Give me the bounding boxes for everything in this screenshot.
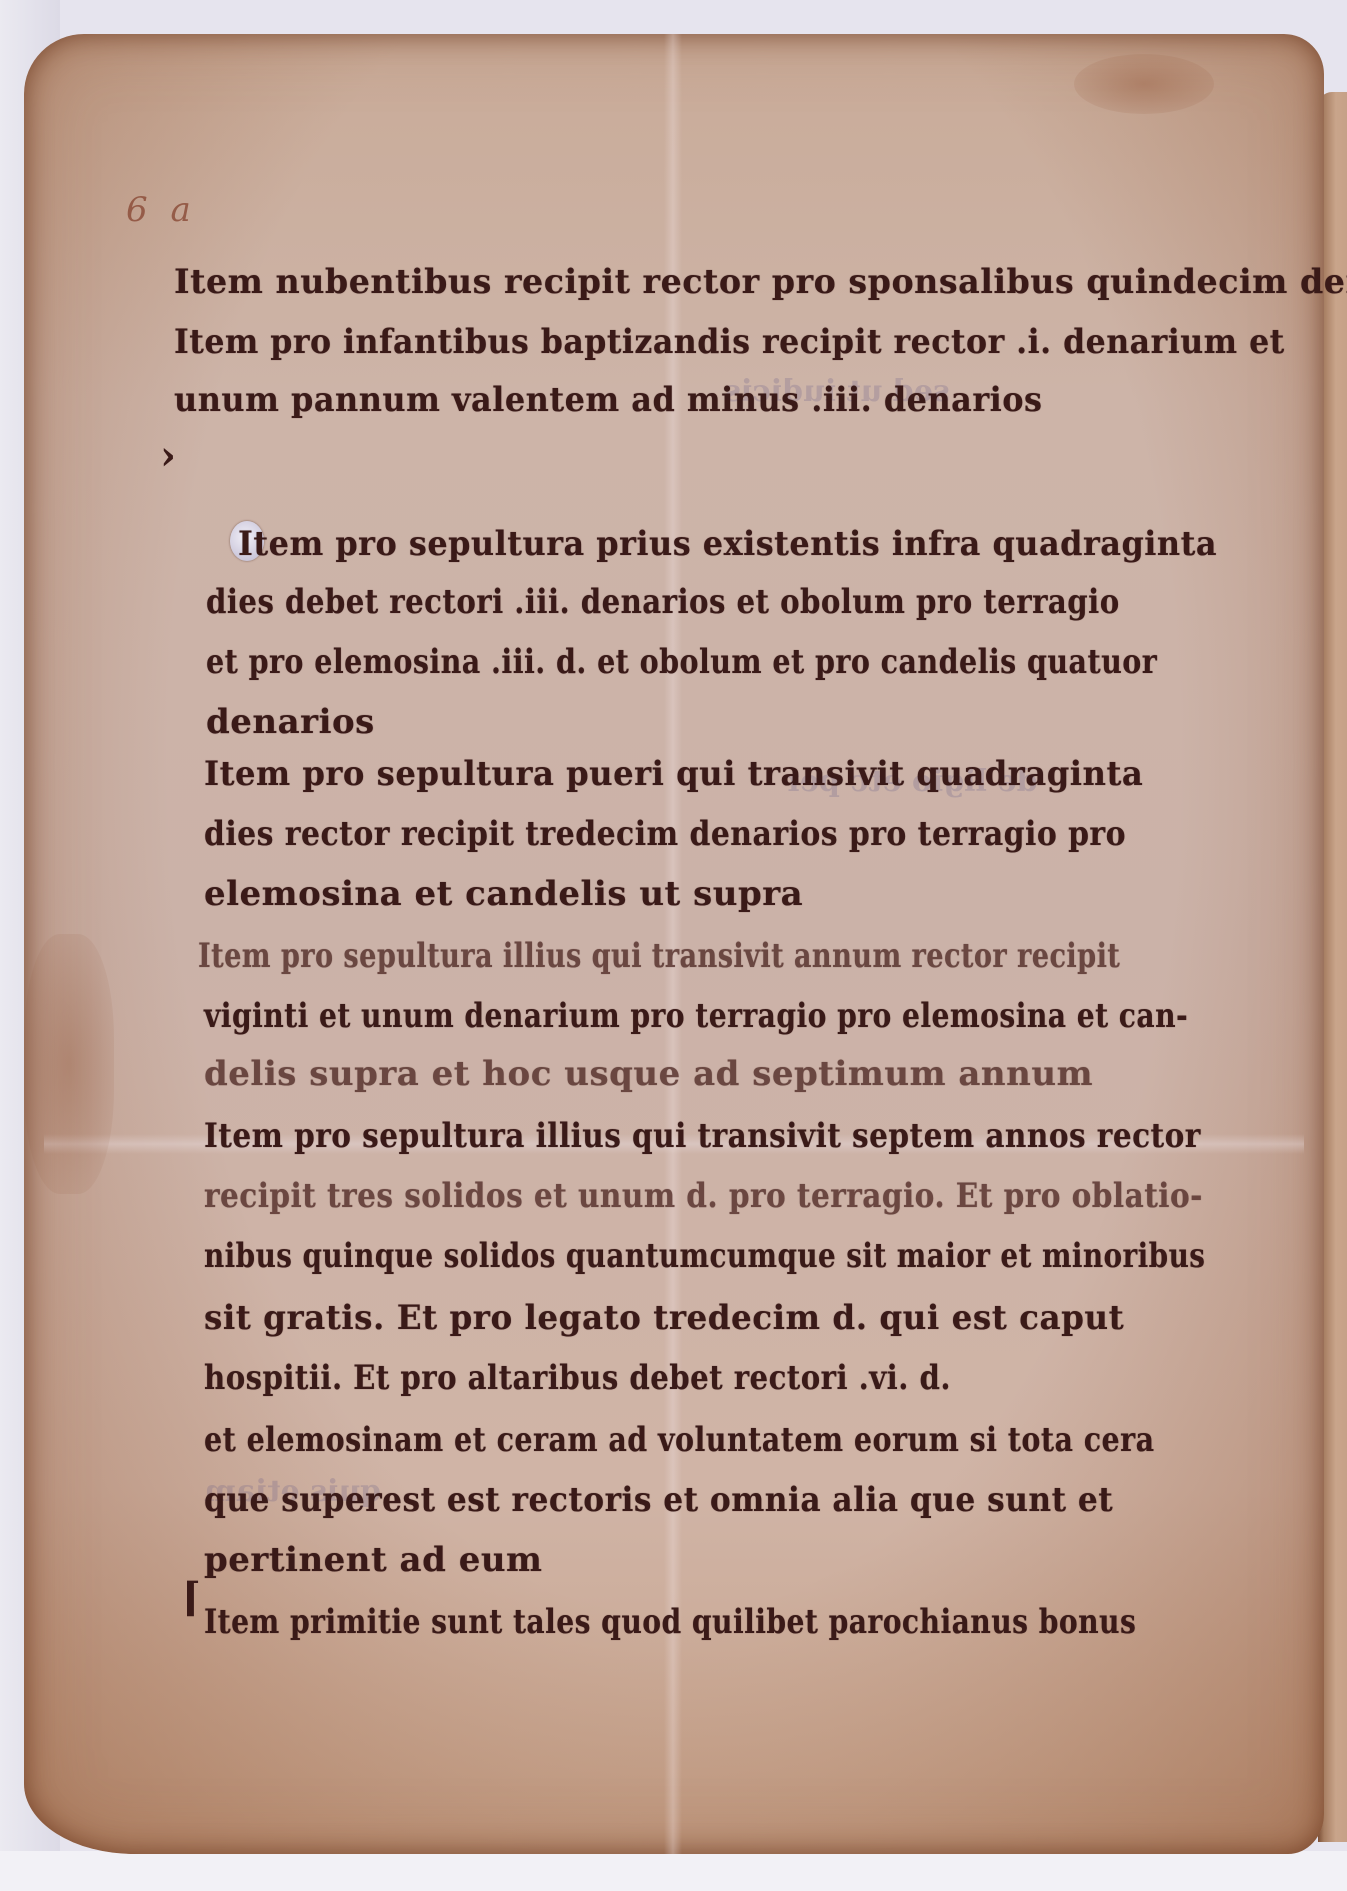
text-line: Item pro sepultura prius existentis infr… — [238, 524, 1217, 564]
folio-number: 6 a — [126, 190, 197, 230]
text-line: delis supra et hoc usque ad septimum ann… — [204, 1054, 1093, 1094]
manuscript-leaf: 6 a sed ut iudicis de ligio etc per quis… — [24, 34, 1324, 1854]
text-line: dies rector recipit tredecim denarios pr… — [204, 814, 1126, 854]
stain-top-right — [1074, 54, 1214, 114]
text-line: recipit tres solidos et unum d. pro terr… — [204, 1176, 1203, 1216]
text-line: viginti et unum denarium pro terragio pr… — [204, 996, 1188, 1036]
text-line: Item nubentibus recipit rector pro spons… — [174, 262, 1347, 302]
background-bottom — [0, 1851, 1347, 1891]
text-line: sit gratis. Et pro legato tredecim d. qu… — [204, 1298, 1124, 1338]
text-line: elemosina et candelis ut supra — [204, 874, 803, 914]
paragraph-mark: › — [160, 432, 176, 479]
text-line: et pro elemosina .iii. d. et obolum et p… — [206, 642, 1157, 682]
text-line: Item pro sepultura pueri qui transivit q… — [204, 754, 1143, 794]
text-line: pertinent ad eum — [204, 1540, 543, 1580]
text-line: Item pro sepultura illius qui transivit … — [198, 936, 1120, 976]
text-line: Item pro infantibus baptizandis recipit … — [174, 322, 1285, 362]
text-line: unum pannum valentem ad minus .iii. dena… — [174, 380, 1043, 420]
paragraph-mark: ⌈ — [182, 1574, 201, 1621]
text-line: Item pro sepultura illius qui transivit … — [204, 1116, 1201, 1156]
text-line: que superest est rectoris et omnia alia … — [204, 1480, 1113, 1520]
text-line: Item primitie sunt tales quod quilibet p… — [204, 1602, 1136, 1642]
text-line: denarios — [206, 702, 375, 742]
text-line: dies debet rectori .iii. denarios et obo… — [206, 582, 1120, 622]
text-line: et elemosinam et ceram ad voluntatem eor… — [204, 1420, 1155, 1460]
stain-left-margin — [24, 934, 114, 1194]
text-line: nibus quinque solidos quantumcumque sit … — [204, 1236, 1205, 1276]
text-line: hospitii. Et pro altaribus debet rectori… — [204, 1358, 951, 1398]
